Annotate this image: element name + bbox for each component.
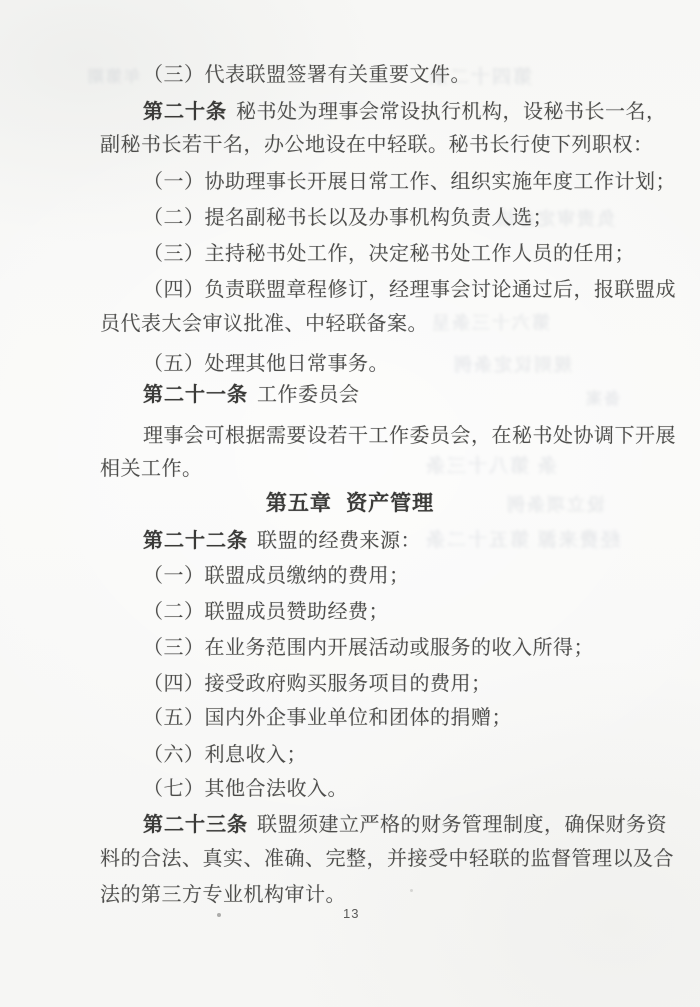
text-line: （三）在业务范围内开展活动或服务的收入所得； xyxy=(143,631,594,660)
text-line: 第二十条秘书处为理事会常设执行机构，设秘书长一名， xyxy=(143,95,667,124)
text-line: 第二十二条联盟的经费来源： xyxy=(143,524,421,553)
line-text: 员代表大会审议批准、中轻联备案。 xyxy=(100,313,428,335)
line-text: 相关工作。 xyxy=(100,458,203,480)
chapter-title: 第五章 资产管理 xyxy=(266,491,434,515)
text-line: （一）协助理事长开展日常工作、组织实施年度工作计划； xyxy=(143,165,676,194)
text-line: 法的第三方专业机构审计。 xyxy=(100,878,346,907)
line-text: （三）在业务范围内开展活动或服务的收入所得； xyxy=(143,637,594,659)
page-number: 13 xyxy=(343,906,359,921)
bleedthrough-text: 年第期 xyxy=(86,64,140,87)
bleedthrough-text: 第六十三条呈 xyxy=(430,309,550,335)
line-text: （一）协助理事长开展日常工作、组织实施年度工作计划； xyxy=(143,171,676,193)
ink-speck xyxy=(217,913,221,917)
text-line: 相关工作。 xyxy=(100,452,203,481)
line-text: 料的合法、真实、准确、完整，并接受中轻联的监督管理以及合 xyxy=(100,848,674,870)
line-text: （三）主持秘书处工作，决定秘书处工作人员的任用； xyxy=(143,243,635,265)
line-text: 联盟须建立严格的财务管理制度，确保财务资 xyxy=(257,814,667,836)
line-text: 工作委员会 xyxy=(257,384,360,406)
line-text: （六）利息收入； xyxy=(143,744,307,766)
line-text: （四）负责联盟章程修订，经理事会讨论通过后，报联盟成 xyxy=(143,279,676,301)
line-text: （二）提名副秘书长以及办事机构负责人选； xyxy=(143,207,553,229)
scanned-document-page: 年第期第四十二条负责审定办法第六十三条呈规则议定条例备案条 第八十三条设立项条例… xyxy=(0,0,700,1007)
text-line: 第二十三条联盟须建立严格的财务管理制度，确保财务资 xyxy=(143,808,667,837)
line-text: 副秘书长若干名，办公地设在中轻联。秘书长行使下列职权： xyxy=(100,134,654,156)
text-line: 员代表大会审议批准、中轻联备案。 xyxy=(100,307,428,336)
bleedthrough-text: 备案 xyxy=(584,386,620,409)
bleedthrough-text: 条 第八十三条 xyxy=(424,451,557,478)
text-line: （五）国内外企事业单位和团体的捐赠； xyxy=(143,701,512,730)
article-number: 第二十条 xyxy=(143,101,227,123)
article-number: 第二十三条 xyxy=(143,814,248,836)
text-line: 第二十一条工作委员会 xyxy=(143,378,360,407)
line-text: （五）国内外企事业单位和团体的捐赠； xyxy=(143,707,512,729)
text-line: （二）联盟成员赞助经费； xyxy=(143,595,389,624)
line-text: 法的第三方专业机构审计。 xyxy=(100,884,346,906)
line-text: （二）联盟成员赞助经费； xyxy=(143,601,389,623)
line-text: 联盟的经费来源： xyxy=(257,530,421,552)
article-number: 第二十一条 xyxy=(143,384,248,406)
bleedthrough-text: 经费来源 第五十二条 xyxy=(424,525,620,552)
text-line: 料的合法、真实、准确、完整，并接受中轻联的监督管理以及合 xyxy=(100,842,674,871)
line-text: 理事会可根据需要设若干工作委员会，在秘书处协调下开展 xyxy=(143,425,676,447)
text-line: （四）负责联盟章程修订，经理事会讨论通过后，报联盟成 xyxy=(143,273,676,302)
text-line: （三）代表联盟签署有关重要文件。 xyxy=(143,58,471,87)
chapter-heading: 第五章 资产管理 xyxy=(0,487,700,517)
bleedthrough-text: 规则议定条例 xyxy=(452,351,572,377)
text-line: 副秘书长若干名，办公地设在中轻联。秘书长行使下列职权： xyxy=(100,128,654,157)
text-line: 理事会可根据需要设若干工作委员会，在秘书处协调下开展 xyxy=(143,419,676,448)
article-number: 第二十二条 xyxy=(143,530,248,552)
text-line: （一）联盟成员缴纳的费用； xyxy=(143,559,410,588)
text-line: （二）提名副秘书长以及办事机构负责人选； xyxy=(143,201,553,230)
line-text: （三）代表联盟签署有关重要文件。 xyxy=(143,64,471,86)
text-line: （四）接受政府购买服务项目的费用； xyxy=(143,667,492,696)
line-text: （一）联盟成员缴纳的费用； xyxy=(143,565,410,587)
text-line: （六）利息收入； xyxy=(143,738,307,767)
line-text: （七）其他合法收入。 xyxy=(143,778,348,800)
text-line: （五）处理其他日常事务。 xyxy=(143,347,389,376)
line-text: （五）处理其他日常事务。 xyxy=(143,353,389,375)
line-text: （四）接受政府购买服务项目的费用； xyxy=(143,673,492,695)
line-text: 秘书处为理事会常设执行机构，设秘书长一名， xyxy=(236,101,667,123)
text-line: （七）其他合法收入。 xyxy=(143,772,348,801)
ink-speck xyxy=(410,889,413,892)
text-line: （三）主持秘书处工作，决定秘书处工作人员的任用； xyxy=(143,237,635,266)
